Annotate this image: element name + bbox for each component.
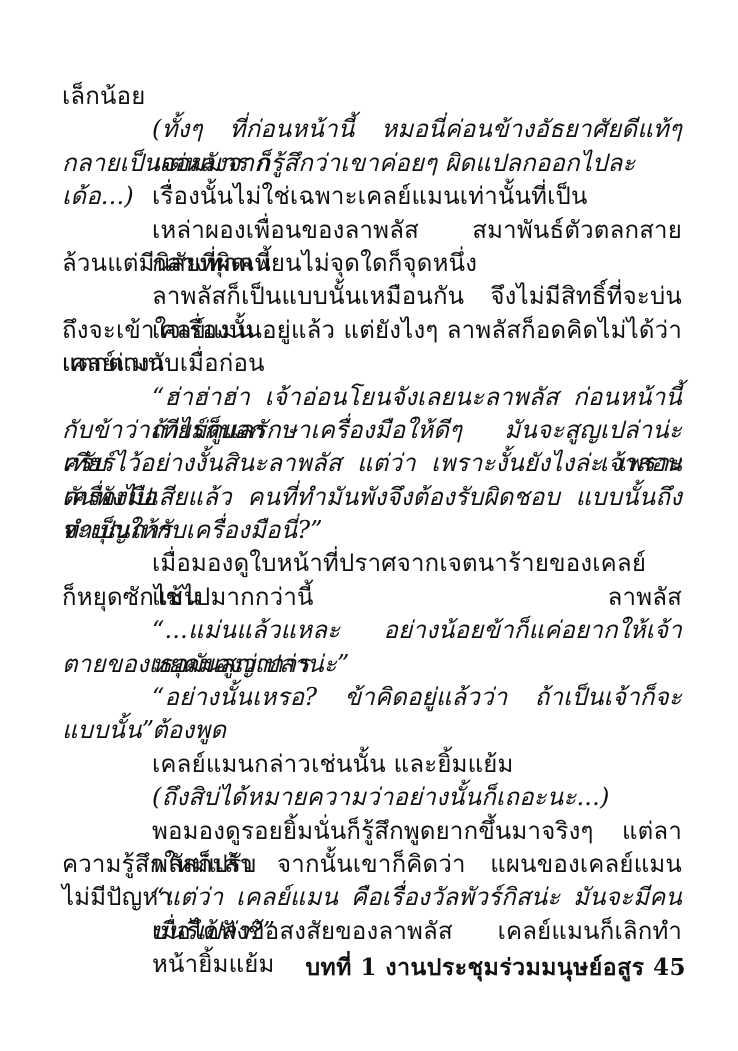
text-line: เมื่อได้ฟังข้อสงสัยของลาพลัส เคลย์แมนก็เ… [62, 915, 682, 948]
text-line: กลายเป็นจอมมาร ก็รู้สึกว่าเขาค่อยๆ ผิดแป… [62, 147, 682, 180]
text-line: แตกต่างกับเมื่อก่อน [62, 347, 682, 380]
book-page: เล็กน้อย(ทั้งๆ ที่ก่อนหน้านี้ หมอนี่ค่อน… [0, 0, 738, 1051]
text-line: “...แม่นแล้วแหละ อย่างน้อยข้าก็แค่อยากให… [62, 614, 682, 647]
chapter-footer: บทที่ 1 งานประชุมร่วมมนุษย์อสูร 45 [62, 950, 686, 986]
text-line: ถึงจะเข้าใจเรื่องนั้นอยู่แล้ว แต่ยังไงๆ … [62, 314, 682, 347]
text-line: ดันพังไปเสียแล้ว คนที่ทำมันพังจึงต้องรับ… [62, 481, 682, 514]
text-line: เคลย์แมนกล่าวเช่นนั้น และยิ้มแย้ม [62, 748, 682, 781]
text-line: เล็กน้อย [62, 80, 682, 113]
text-line: (ทั้งๆ ที่ก่อนหน้านี้ หมอนี่ค่อนข้างอัธย… [62, 113, 682, 146]
text-line: ความรู้สึกใหม่แล้ว จากนั้นเขาก็คิดว่า แผ… [62, 848, 682, 881]
text-line: เทียร์ไว้อย่างงั้นสินะลาพลัส แต่ว่า เพรา… [62, 447, 682, 480]
text-line: เมื่อมองดูใบหน้าที่ปราศจากเจตนาร้ายของเค… [62, 547, 682, 580]
text-line: กับข้าว่าถ้าไม่ดูแลรักษาเครื่องมือให้ดีๆ… [62, 414, 682, 447]
text-line: “แต่ว่า เคลย์แมน คือเรื่องวัลพัวร์กิสน่ะ… [62, 881, 682, 914]
text-line: ตายของเธอมันสูญเปล่าน่ะ” [62, 648, 682, 681]
text-line: ทำบุญให้กับเครื่องมือนี่?” [62, 514, 682, 547]
text-line: พอมองดูรอยยิ้มนั่นก็รู้สึกพูดยากขึ้นมาจร… [62, 815, 682, 848]
text-line: “ฮ่าฮ่าฮ่า เจ้าอ่อนโยนจังเลยนะลาพลัส ก่อ… [62, 381, 682, 414]
text-line: ล้วนแต่มีนิสัยที่ผิดเพี้ยนไม่จุดใดก็จุดห… [62, 247, 682, 280]
text-line: ลาพลัสก็เป็นแบบนั้นเหมือนกัน จึงไม่มีสิท… [62, 280, 682, 313]
text-line: (ถึงสิบ่ได้หมายความว่าอย่างนั้นก็เถอะนะ.… [62, 781, 682, 814]
body-text: เล็กน้อย(ทั้งๆ ที่ก่อนหน้านี้ หมอนี่ค่อน… [62, 80, 682, 948]
text-line: เรื่องนั้นไม่ใช่เฉพาะเคลย์แมนเท่านั้นที่… [62, 180, 682, 213]
text-line: เหล่าผองเพื่อนของลาพลัส สมาพันธ์ตัวตลกสา… [62, 214, 682, 247]
text-line: “อย่างนั้นเหรอ? ข้าคิดอยู่แล้วว่า ถ้าเป็… [62, 681, 682, 714]
